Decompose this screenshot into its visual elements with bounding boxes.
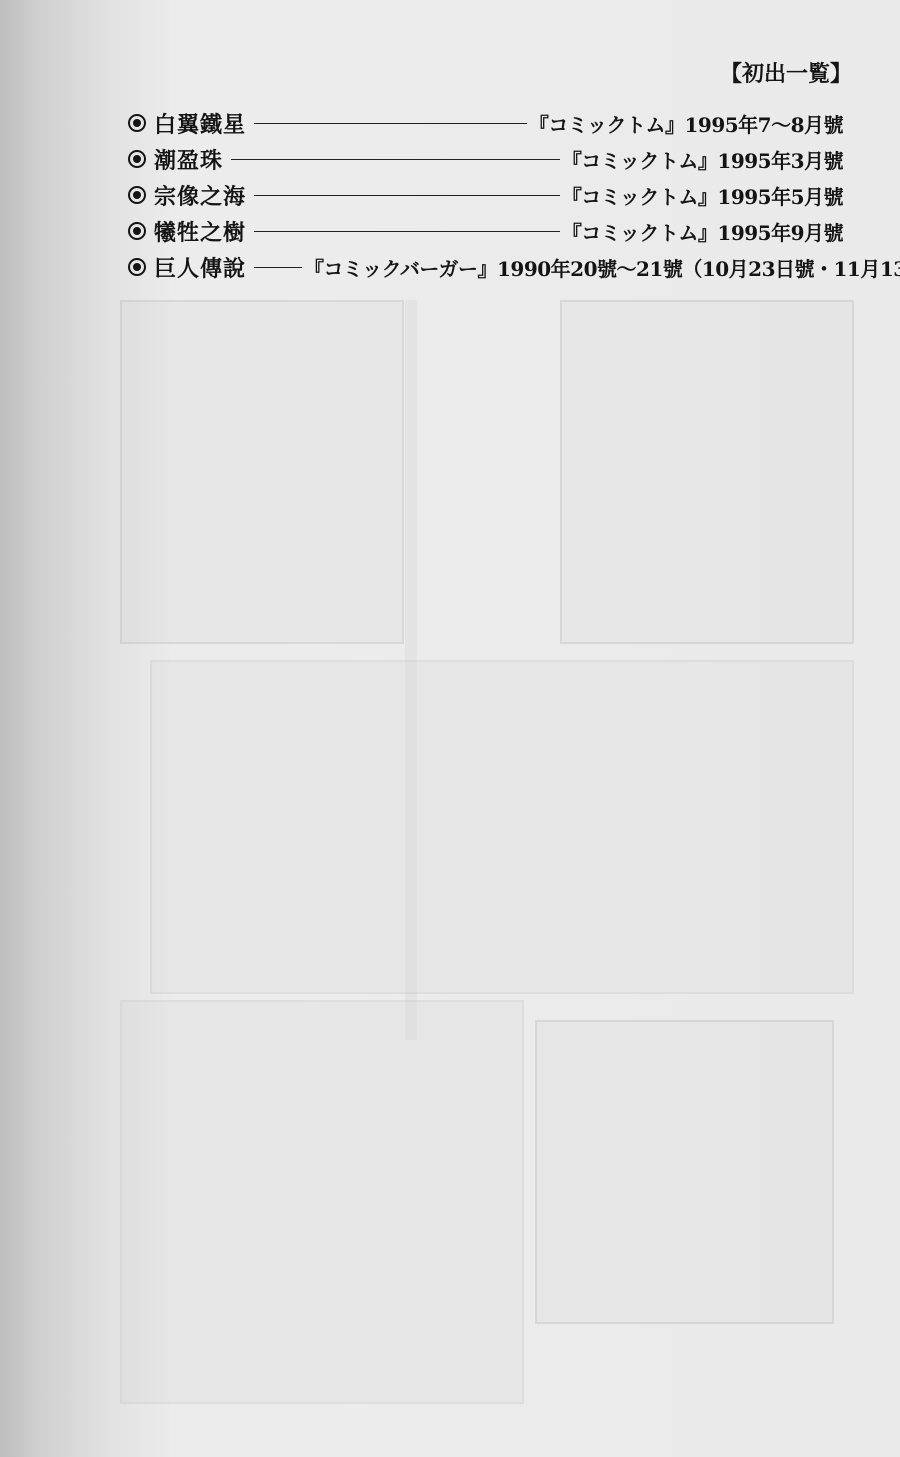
work-title: 白翼鐵星 <box>154 108 246 139</box>
leader-rule <box>254 267 302 268</box>
show-through-panel <box>150 660 854 994</box>
double-circle-bullet-icon <box>128 258 146 276</box>
publication-source: 『コミックバーガー』1990年20號〜21號（10月23日號・11月13日號） <box>304 253 900 282</box>
leader-rule <box>231 159 560 160</box>
work-title: 犧牲之樹 <box>154 216 246 247</box>
leader-rule <box>254 195 560 196</box>
work-title: 宗像之海 <box>154 180 246 211</box>
double-circle-bullet-icon <box>128 222 146 240</box>
show-through-panel <box>560 300 854 644</box>
show-through-panel <box>120 1000 524 1404</box>
publication-source: 『コミックトム』1995年9月號 <box>562 217 843 246</box>
work-title: 潮盈珠 <box>154 144 223 175</box>
double-circle-bullet-icon <box>128 150 146 168</box>
show-through-panel <box>535 1020 834 1324</box>
publication-source: 『コミックトム』1995年5月號 <box>562 181 843 210</box>
show-through-panel <box>120 300 404 644</box>
page-heading: 【初出一覧】 <box>720 57 852 88</box>
list-item: 宗像之海 『コミックトム』1995年5月號 <box>128 177 843 213</box>
list-item: 犧牲之樹 『コミックトム』1995年9月號 <box>128 213 843 249</box>
publication-source: 『コミックトム』1995年3月號 <box>562 145 843 174</box>
list-item: 巨人傳說 『コミックバーガー』1990年20號〜21號（10月23日號・11月1… <box>128 249 893 285</box>
work-title: 巨人傳說 <box>154 252 246 283</box>
list-item: 白翼鐵星 『コミックトム』1995年7〜8月號 <box>128 105 843 141</box>
first-publication-list: 白翼鐵星 『コミックトム』1995年7〜8月號 潮盈珠 『コミックトム』1995… <box>128 105 898 285</box>
double-circle-bullet-icon <box>128 114 146 132</box>
leader-rule <box>254 123 527 124</box>
show-through-column <box>405 300 417 1040</box>
double-circle-bullet-icon <box>128 186 146 204</box>
list-item: 潮盈珠 『コミックトム』1995年3月號 <box>128 141 843 177</box>
publication-source: 『コミックトム』1995年7〜8月號 <box>529 109 843 138</box>
leader-rule <box>254 231 560 232</box>
